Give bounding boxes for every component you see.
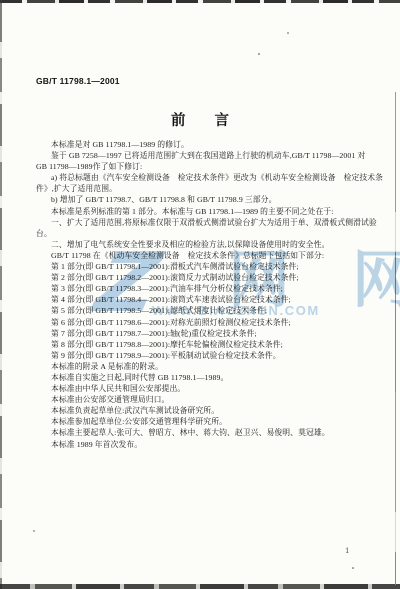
body-line: 第 5 部分(即 GB/T 11798.5—2001):滤纸式烟度计检定技术条件…: [36, 305, 368, 316]
scan-speck: [352, 567, 354, 569]
body-line: 本标准负责起草单位:武汉汽车测试设备研究所。: [36, 405, 368, 416]
body-line: 鉴于 GB 7258—1997 已将适用范围扩大到在我国道路上行驶的机动车,GB…: [36, 150, 368, 161]
body-line: 第 6 部分(即 GB/T 11798.6—2001):对称光前照灯检测仪检定技…: [36, 317, 368, 328]
scan-edge-right: [395, 92, 396, 585]
document-page: Z 网 网 WWW.BIAOZHUN.COM GB/T 11798.1—2001…: [0, 0, 400, 589]
body-line: a) 将总标题由《汽车安全检测设备 检定技术条件》更改为《机动车安全检测设备 检…: [36, 172, 368, 183]
standard-number-header: GB/T 11798.1—2001: [36, 76, 120, 86]
body-line: 第 8 部分(即 GB/T 11798.8—2001):摩托车轮偏检测仪检定技术…: [36, 339, 368, 350]
page-title: 前 言: [0, 109, 400, 130]
body-line: 件》,扩大了适用范围。: [36, 183, 368, 194]
body-line: 本标准自实施之日起,同时代替 GB 11798.1—1989。: [36, 372, 368, 383]
scan-speck: [287, 32, 289, 34]
scan-edge-bottom: [0, 584, 400, 589]
body-line: 第 1 部分(即 GB/T 11798.1—2001):滑板式汽车侧滑试验台检定…: [36, 261, 368, 272]
page-number: 1: [345, 545, 349, 555]
body-line: 第 9 部分(即 GB/T 11798.9—2001):平板制动试验台检定技术条…: [36, 350, 368, 361]
body-line: 本标准的附录 A 是标准的附录。: [36, 361, 368, 372]
body-line: 台。: [36, 228, 368, 239]
body-line: 本标准由中华人民共和国公安部提出。: [36, 383, 368, 394]
body-line: GB 11798—1989作了如下修订:: [36, 161, 368, 172]
scan-edge-top: [0, 0, 400, 3]
body-line: 本标准主要起草人:张可大、曾昭方、林中、蒋大钧、赵卫兴、易俊明、莫冠雄。: [36, 427, 368, 438]
body-line: 本标准是系列标准的第 1 部分。本标准与 GB 11798.1—1989 的主要…: [36, 206, 368, 217]
body-line: 本标准参加起草单位:公安部交通管理科学研究所。: [36, 416, 368, 427]
body-line: 第 4 部分(即 GB/T 11798.4—2001):滚筒式车速表试验台检定技…: [36, 294, 368, 305]
body-line: 第 7 部分(即 GB/T 11798.7—2001):轴(轮)重仪检定技术条件…: [36, 328, 368, 339]
body-line: 第 3 部分(即 GB/T 11798.3—2001):汽油车排气分析仪检定技术…: [36, 283, 368, 294]
body-line: 本标准由公安部交通管理局归口。: [36, 394, 368, 405]
body-line: 二、增加了电气系统安全性要求及相应的检验方法,以保障设备使用时的安全性。: [36, 239, 368, 250]
body-line: 第 2 部分(即 GB/T 11798.2—2001):滚筒反力式制动试验台检定…: [36, 272, 368, 283]
body-line: GB/T 11798 在《机动车安全检测设备 检定技术条件》总标题下包括如下部分…: [36, 250, 368, 261]
foreword-body: 本标准是对 GB 11798.1—1989 的修订。 鉴于 GB 7258—19…: [36, 139, 368, 450]
body-line: 本标准是对 GB 11798.1—1989 的修订。: [36, 139, 368, 150]
body-line: 一、扩大了适用范围,将原标准仅限于双滑板式侧滑试验台扩大为适用于单、双滑板式侧滑…: [36, 217, 368, 228]
scan-edge-left: [0, 0, 2, 589]
body-line: 本标准 1989 年首次发布。: [36, 439, 368, 450]
body-line: b) 增加了 GB/T 11798.7、GB/T 11798.8 和 GB/T …: [36, 194, 368, 205]
scan-speck: [33, 530, 35, 532]
scan-speck: [258, 53, 260, 55]
